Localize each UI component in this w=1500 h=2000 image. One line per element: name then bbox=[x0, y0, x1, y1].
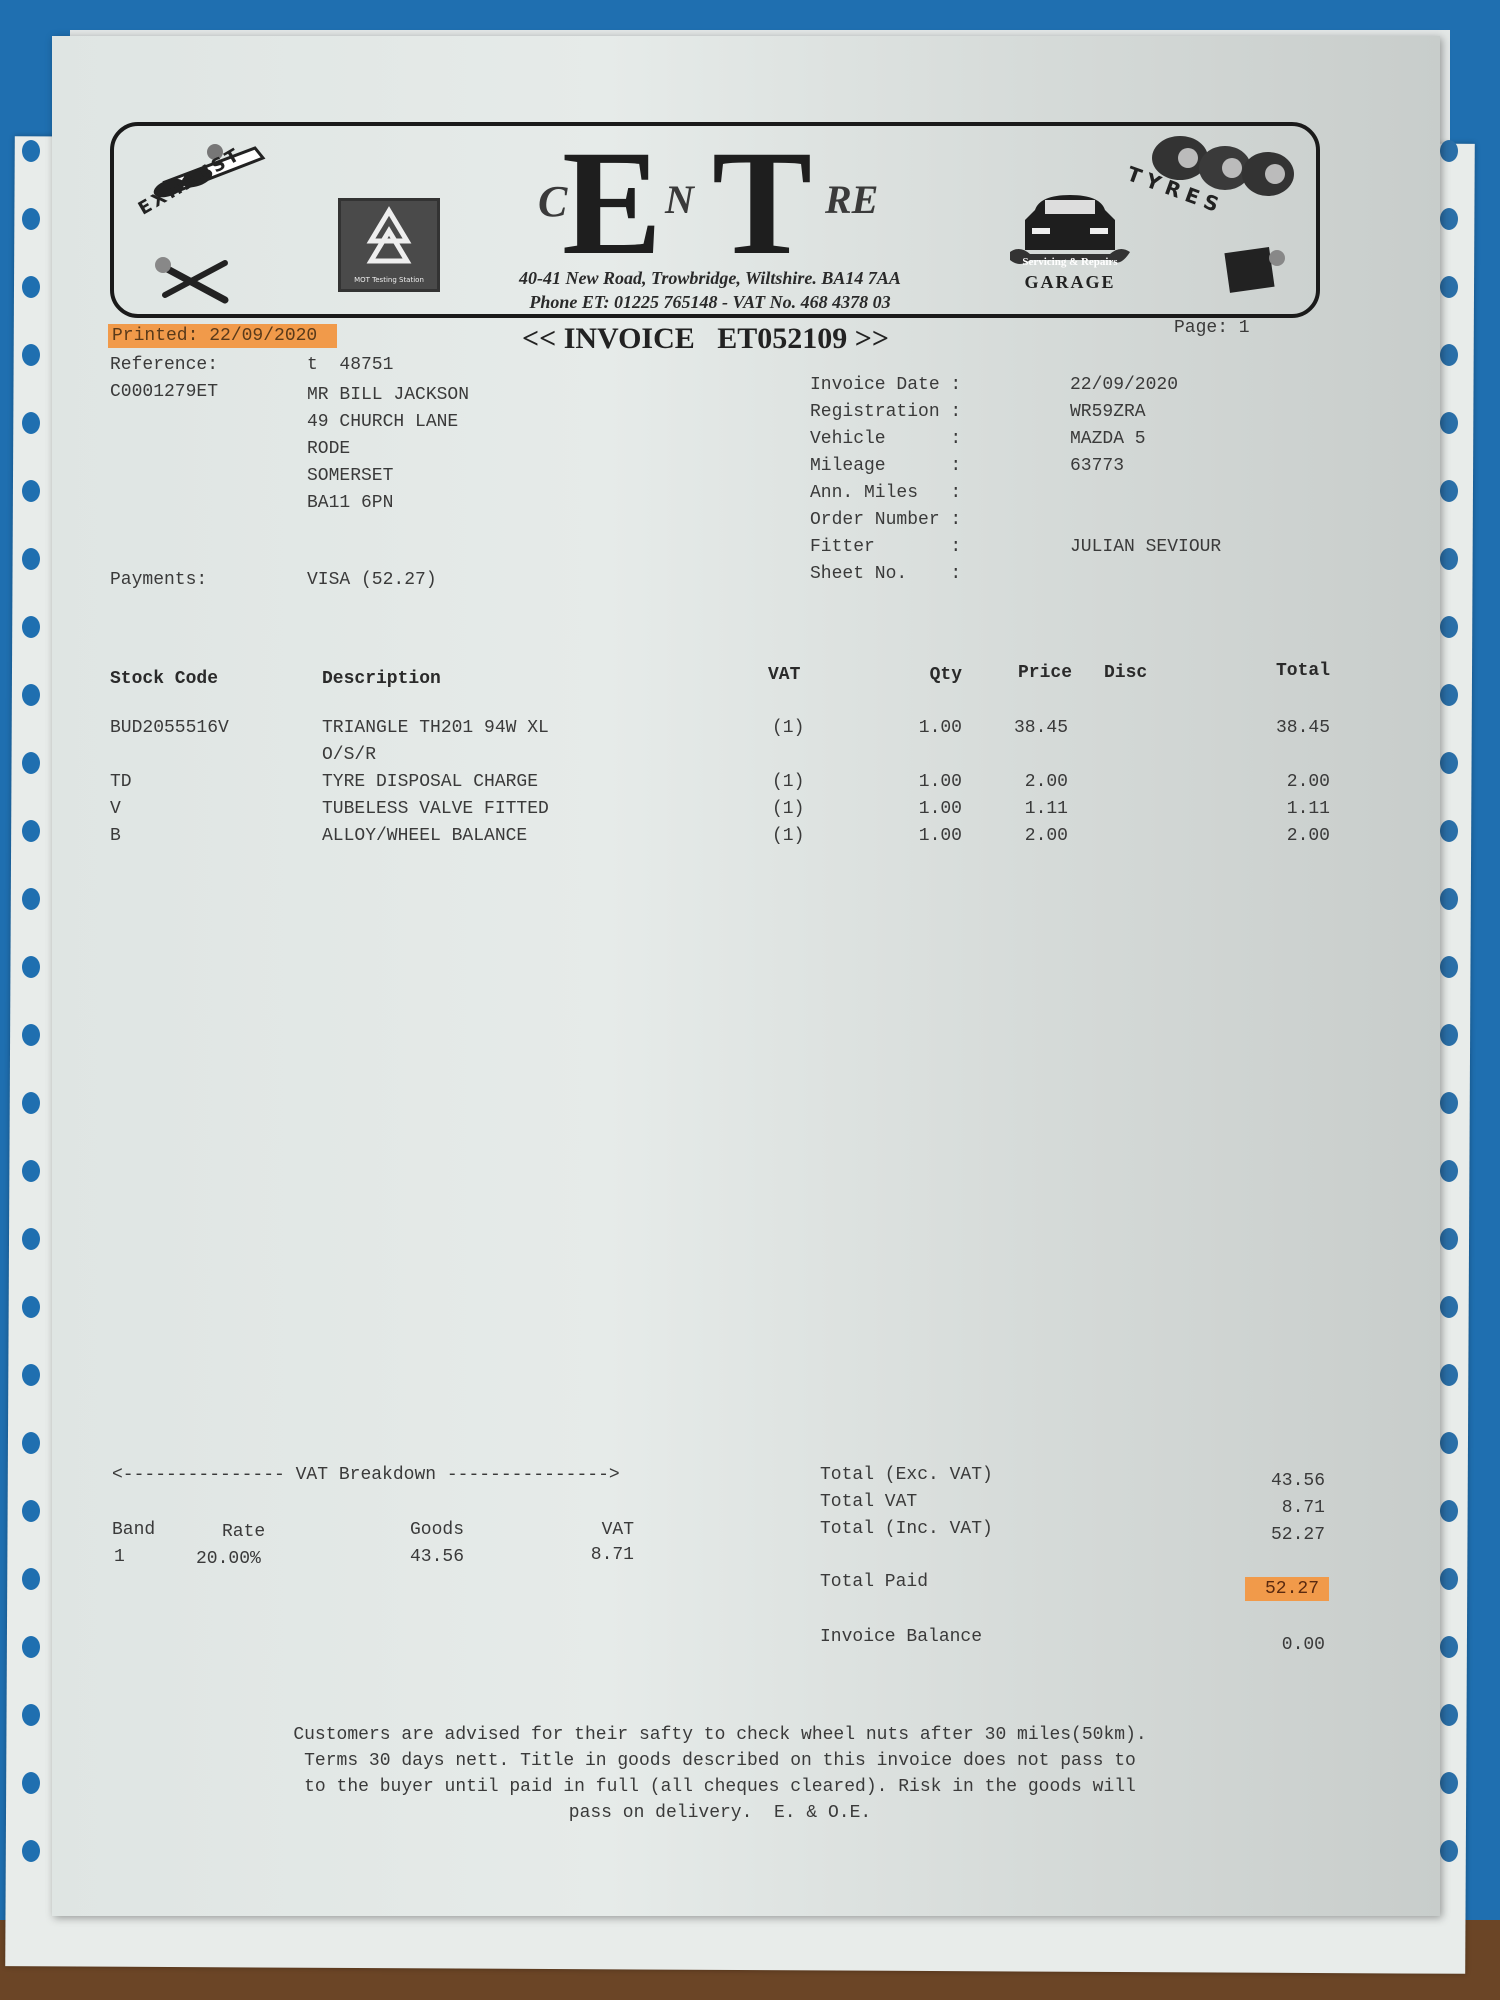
detail-value-registration: WR59ZRA bbox=[1070, 402, 1146, 429]
cell-description: TUBELESS VALVE FITTED bbox=[322, 799, 549, 819]
logo-letter-n: N bbox=[665, 176, 694, 223]
printed-date: Printed: 22/09/2020 bbox=[108, 324, 337, 348]
cell-vat: (1) bbox=[772, 799, 804, 819]
invoice-number-title: << INVOICE ET052109 >> bbox=[522, 322, 889, 356]
col-vat: VAT bbox=[768, 665, 800, 685]
cell-qty: 1.00 bbox=[900, 799, 962, 819]
cell-total: 2.00 bbox=[1250, 826, 1330, 846]
cell-qty: 1.00 bbox=[900, 772, 962, 792]
detail-label: Order Number : bbox=[810, 510, 1070, 537]
totals-block: Total (Exc. VAT) 43.56 Total VAT 8.71 To… bbox=[820, 1465, 1325, 1665]
reference-label: Reference: bbox=[110, 355, 218, 375]
garage-ribbon-label: Servicing & Repairs bbox=[1012, 256, 1128, 268]
garage-label: GARAGE bbox=[1010, 272, 1130, 293]
company-address: 40-41 New Road, Trowbridge, Wiltshire. B… bbox=[480, 266, 940, 290]
logo-letters-re: RE bbox=[825, 176, 878, 223]
cell-price: 38.45 bbox=[996, 718, 1068, 738]
total-paid-label: Total Paid bbox=[820, 1572, 928, 1592]
account-code: C0001279ET bbox=[110, 382, 218, 402]
company-phone-vat: Phone ET: 01225 765148 - VAT No. 468 437… bbox=[480, 290, 940, 314]
detail-value-fitter: JULIAN SEVIOUR bbox=[1070, 537, 1221, 564]
vat-cell-band: 1 bbox=[114, 1547, 125, 1567]
total-exc-vat-label: Total (Exc. VAT) bbox=[820, 1465, 993, 1485]
cell-stock-code: V bbox=[110, 799, 121, 819]
invoice-balance-label: Invoice Balance bbox=[820, 1627, 982, 1647]
customer-address-line: 49 CHURCH LANE bbox=[307, 409, 469, 436]
cell-price: 2.00 bbox=[996, 772, 1068, 792]
col-total: Total bbox=[1260, 661, 1330, 681]
detail-label: Invoice Date : bbox=[810, 375, 1070, 402]
vat-breakdown-title: <--------------- VAT Breakdown ---------… bbox=[112, 1465, 620, 1485]
punch-holes-left bbox=[22, 140, 46, 1960]
terms-line: Customers are advised for their safty to… bbox=[220, 1722, 1220, 1748]
wrench-screwdriver-icon bbox=[155, 255, 235, 305]
detail-value-mileage: 63773 bbox=[1070, 456, 1124, 483]
customer-address-line: BA11 6PN bbox=[307, 490, 469, 517]
detail-label: Fitter : bbox=[810, 537, 1070, 564]
items-table: Stock Code Description VAT Qty Price Dis… bbox=[110, 665, 1330, 853]
terms-line: pass on delivery. E. & O.E. bbox=[220, 1800, 1220, 1826]
cell-qty: 1.00 bbox=[900, 718, 962, 738]
detail-label: Vehicle : bbox=[810, 429, 1070, 456]
detail-value-invoice-date: 22/09/2020 bbox=[1070, 375, 1178, 402]
cell-qty: 1.00 bbox=[900, 826, 962, 846]
cell-vat: (1) bbox=[772, 718, 804, 738]
customer-address-line: SOMERSET bbox=[307, 463, 469, 490]
detail-label: Registration : bbox=[810, 402, 1070, 429]
payments-value: VISA (52.27) bbox=[307, 570, 437, 590]
cell-total: 38.45 bbox=[1250, 718, 1330, 738]
col-stock-code: Stock Code bbox=[110, 669, 218, 689]
customer-address-line: RODE bbox=[307, 436, 469, 463]
reference-value: t 48751 bbox=[307, 355, 393, 375]
vat-cell-vat: 8.71 bbox=[574, 1545, 634, 1565]
vat-cell-goods: 43.56 bbox=[410, 1547, 464, 1567]
cell-price: 2.00 bbox=[996, 826, 1068, 846]
cell-description: TRIANGLE TH201 94W XL bbox=[322, 718, 549, 738]
col-price: Price bbox=[1018, 663, 1072, 683]
table-row: V TUBELESS VALVE FITTED (1) 1.00 1.11 1.… bbox=[110, 799, 1330, 826]
table-row: B ALLOY/WHEEL BALANCE (1) 1.00 2.00 2.00 bbox=[110, 826, 1330, 853]
col-description: Description bbox=[322, 669, 441, 689]
total-inc-vat-value: 52.27 bbox=[1225, 1525, 1325, 1545]
cell-description-2: O/S/R bbox=[322, 745, 376, 765]
total-exc-vat-value: 43.56 bbox=[1225, 1471, 1325, 1491]
total-paid-value: 52.27 bbox=[1245, 1577, 1329, 1601]
cell-stock-code: B bbox=[110, 826, 121, 846]
detail-label: Sheet No. : bbox=[810, 564, 1070, 591]
vat-col-band: Band bbox=[112, 1520, 155, 1540]
punch-holes-right bbox=[1440, 140, 1464, 1960]
battery-icon bbox=[1222, 240, 1292, 295]
items-table-header: Stock Code Description VAT Qty Price Dis… bbox=[110, 665, 1330, 705]
cell-total: 1.11 bbox=[1250, 799, 1330, 819]
cell-vat: (1) bbox=[772, 826, 804, 846]
terms-line: Terms 30 days nett. Title in goods descr… bbox=[220, 1748, 1220, 1774]
vat-cell-rate: 20.00% bbox=[196, 1549, 261, 1569]
table-row: BUD2055516V TRIANGLE TH201 94W XL (1) 1.… bbox=[110, 718, 1330, 745]
logo-letter-t: T bbox=[712, 128, 804, 278]
col-qty: Qty bbox=[910, 665, 962, 685]
customer-name: MR BILL JACKSON bbox=[307, 382, 469, 409]
cell-total: 2.00 bbox=[1250, 772, 1330, 792]
cell-stock-code: TD bbox=[110, 772, 132, 792]
invoice-details: Invoice Date :22/09/2020 Registration :W… bbox=[810, 375, 1221, 591]
total-vat-label: Total VAT bbox=[820, 1492, 917, 1512]
customer-address-block: MR BILL JACKSON 49 CHURCH LANE RODE SOME… bbox=[307, 382, 469, 517]
terms-line: to the buyer until paid in full (all che… bbox=[220, 1774, 1220, 1800]
vat-col-vat: VAT bbox=[592, 1520, 634, 1540]
invoice-balance-value: 0.00 bbox=[1225, 1635, 1325, 1655]
cell-description: TYRE DISPOSAL CHARGE bbox=[322, 772, 538, 792]
payments-label: Payments: bbox=[110, 570, 207, 590]
total-inc-vat-label: Total (Inc. VAT) bbox=[820, 1519, 993, 1539]
page-number: Page: 1 bbox=[1174, 318, 1250, 338]
detail-label: Mileage : bbox=[810, 456, 1070, 483]
vat-col-rate: Rate bbox=[222, 1522, 265, 1542]
mot-testing-station-icon: MOT Testing Station bbox=[338, 198, 440, 292]
detail-value-vehicle: MAZDA 5 bbox=[1070, 429, 1146, 456]
cell-stock-code: BUD2055516V bbox=[110, 718, 229, 738]
cell-vat: (1) bbox=[772, 772, 804, 792]
vat-col-goods: Goods bbox=[410, 1520, 464, 1540]
cell-description: ALLOY/WHEEL BALANCE bbox=[322, 826, 527, 846]
total-vat-value: 8.71 bbox=[1225, 1498, 1325, 1518]
vat-breakdown-table: Band Rate Goods VAT 1 20.00% 43.56 8.71 bbox=[112, 1520, 672, 1580]
terms-footer: Customers are advised for their safty to… bbox=[220, 1722, 1220, 1826]
table-row-continuation: O/S/R bbox=[110, 745, 1330, 772]
table-row: TD TYRE DISPOSAL CHARGE (1) 1.00 2.00 2.… bbox=[110, 772, 1330, 799]
mot-label: MOT Testing Station bbox=[341, 276, 437, 285]
col-disc: Disc bbox=[1104, 663, 1147, 683]
cell-price: 1.11 bbox=[996, 799, 1068, 819]
logo-letter-e: E bbox=[562, 128, 654, 278]
detail-label: Ann. Miles : bbox=[810, 483, 1070, 510]
